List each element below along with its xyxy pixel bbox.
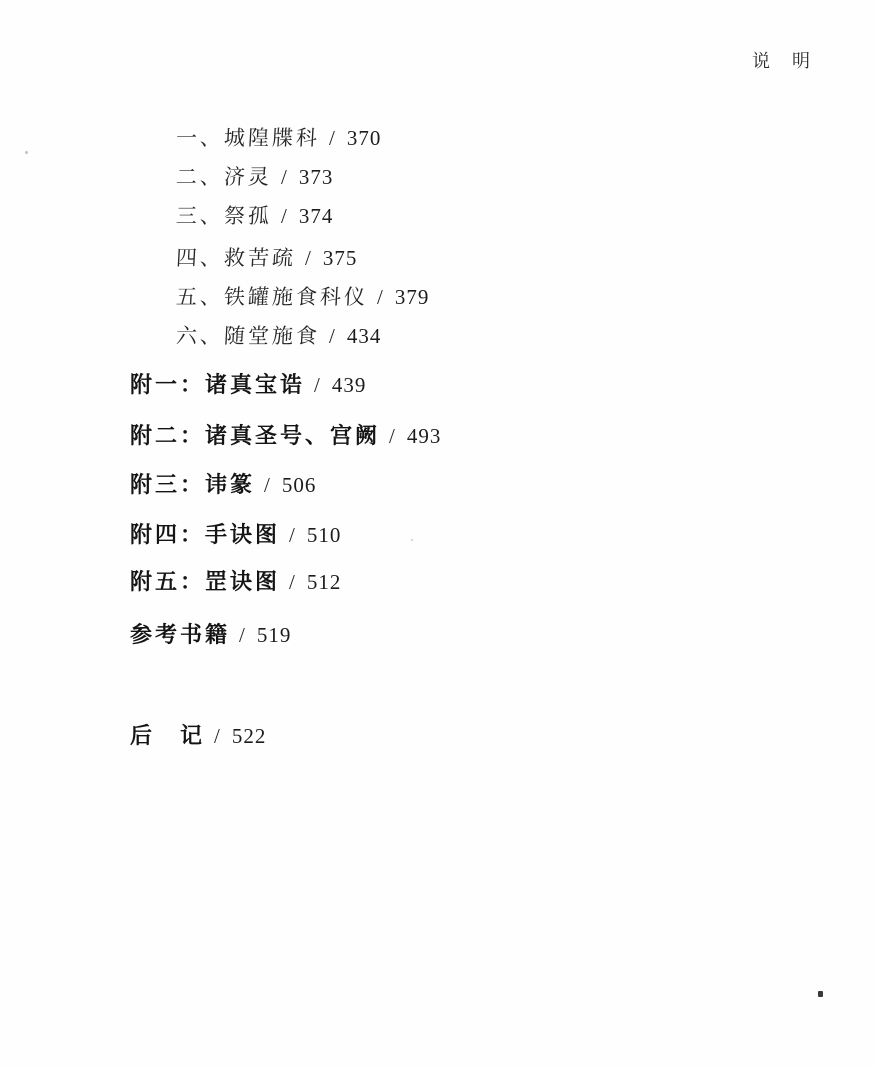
scan-speck [411,539,413,541]
page-separator: / [314,373,323,397]
scan-speck [25,151,28,154]
toc-entry-page: 512 [307,570,342,594]
page-separator: / [239,623,248,647]
toc-entry-page: 374 [299,204,334,228]
toc-entry-sub-3: 三、祭孤/374 [176,206,333,227]
toc-entry-appendix-1: 附一：诸真宝诰/439 [130,374,366,396]
page-separator: / [281,165,290,189]
toc-entry-page: 373 [299,165,334,189]
page-separator: / [281,204,290,228]
toc-entry-appendix-4: 附四：手诀图/510 [130,524,341,546]
toc-entry-page: 510 [307,523,342,547]
toc-entry-appendix-3: 附三：讳篆/506 [130,474,316,496]
toc-entry-page: 379 [395,285,430,309]
toc-entry-page: 434 [347,324,382,348]
toc-entry-sub-1: 一、城隍牒科/370 [176,128,381,149]
toc-entry-appendix-2: 附二：诸真圣号、宫阙/493 [130,425,441,447]
toc-entry-page: 493 [407,424,442,448]
page-separator: / [289,523,298,547]
page-separator: / [377,285,386,309]
toc-entry-appendix-5: 附五：罡诀图/512 [130,571,341,593]
toc-entry-label: 四、救苦疏 [175,248,296,269]
toc-entry-sub-4: 四、救苦疏/375 [176,248,357,269]
toc-entry-references: 参考书籍/519 [130,624,291,646]
toc-entry-label: 附五：罡诀图 [130,569,280,594]
toc-entry-page: 519 [257,623,292,647]
toc-entry-label: 一、城隍牒科 [175,128,320,149]
toc-entry-label: 附一：诸真宝诰 [130,372,305,397]
toc-entry-label: 六、随堂施食 [175,326,320,347]
page-separator: / [389,424,398,448]
page-separator: / [329,324,338,348]
toc-entry-sub-6: 六、随堂施食/434 [176,326,381,347]
toc-entry-sub-2: 二、济灵/373 [176,167,333,188]
scanned-book-page: 说 明 一、城隍牒科/370 二、济灵/373 三、祭孤/374 四、救苦疏/3… [0,0,876,1068]
toc-entry-label: 附二：诸真圣号、宫阙 [130,423,380,448]
toc-entry-sub-5: 五、铁罐施食科仪/379 [176,287,429,308]
toc-entry-page: 439 [332,373,367,397]
page-separator: / [214,724,223,748]
toc-entry-label: 二、济灵 [175,167,272,188]
scan-speck [818,991,823,997]
toc-entry-label: 附三：讳篆 [130,472,255,497]
page-separator: / [264,473,273,497]
page-separator: / [305,246,314,270]
page-separator: / [329,126,338,150]
toc-entry-label: 五、铁罐施食科仪 [175,287,368,308]
toc-entry-label: 三、祭孤 [175,206,272,227]
toc-entry-page: 506 [282,473,317,497]
running-header: 说 明 [752,47,812,73]
toc-entry-page: 375 [323,246,358,270]
toc-entry-label: 附四：手诀图 [130,522,280,547]
page-separator: / [289,570,298,594]
toc-entry-page: 522 [232,724,267,748]
toc-entry-label: 参考书籍 [130,622,230,647]
toc-entry-postscript: 后 记/522 [130,725,266,747]
toc-entry-page: 370 [347,126,382,150]
toc-entry-label: 后 记 [130,723,205,748]
